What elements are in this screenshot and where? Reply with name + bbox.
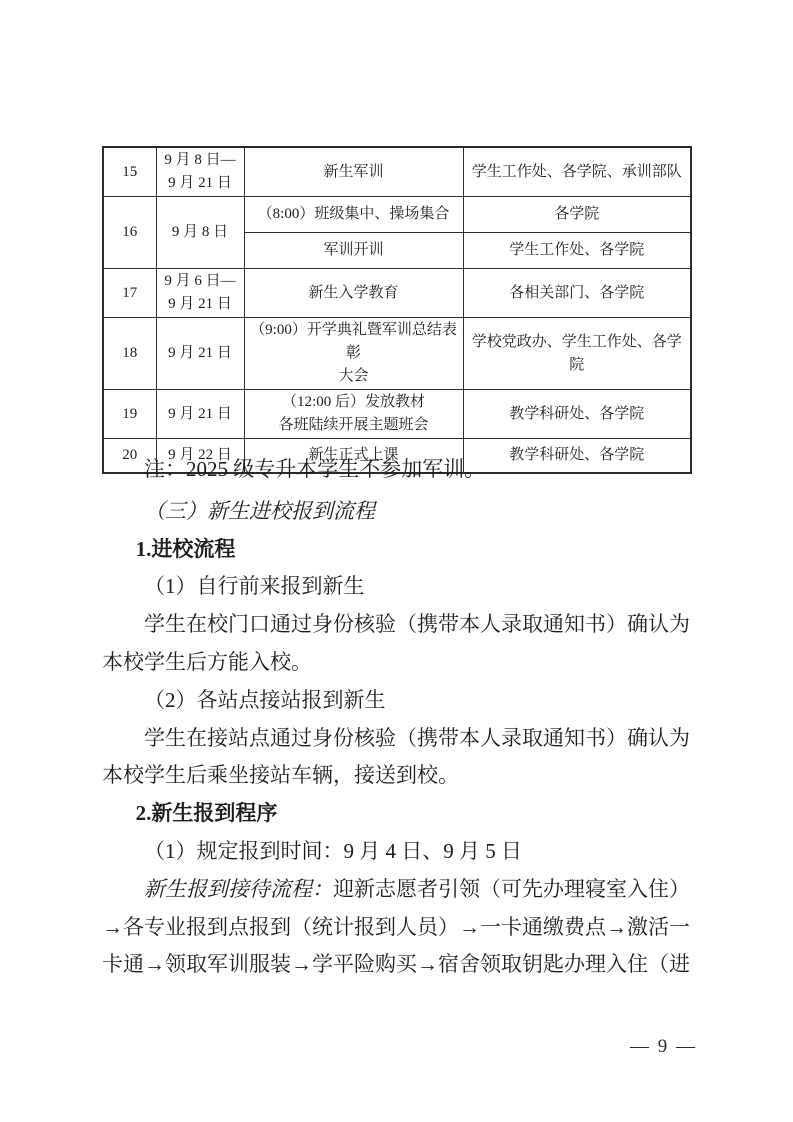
schedule-table: 15 9 月 8 日— 9 月 21 日 新生军训 学生工作处、各学院、承训部队… xyxy=(102,146,692,474)
item1-1-heading: （1）自行前来报到新生 xyxy=(102,568,690,606)
cell-date: 9 月 21 日 xyxy=(156,390,244,439)
cell-row-number: 17 xyxy=(103,269,156,318)
cell-row-number: 19 xyxy=(103,390,156,439)
table-row: 17 9 月 6 日— 9 月 21 日 新生入学教育 各相关部门、各学院 xyxy=(103,269,691,318)
cell-department: 学校党政办、学生工作处、各学院 xyxy=(463,318,691,390)
cell-date: 9 月 21 日 xyxy=(156,318,244,390)
flow-label: 新生报到接待流程： xyxy=(144,877,333,901)
cell-department: 教学科研处、各学院 xyxy=(463,390,691,439)
cell-date: 9 月 8 日 xyxy=(156,197,244,269)
subsection1-heading: 1.进校流程 xyxy=(102,531,690,569)
table-row: 18 9 月 21 日 （9:00）开学典礼暨军训总结表彰 大会 学校党政办、学… xyxy=(103,318,691,390)
cell-date: 9 月 6 日— 9 月 21 日 xyxy=(156,269,244,318)
item1-2-paragraph: 学生在接站点通过身份核验（携带本人录取通知书）确认为本校学生后乘坐接站车辆，接送… xyxy=(102,720,690,796)
cell-event: （9:00）开学典礼暨军训总结表彰 大会 xyxy=(244,318,463,390)
body-text: 注：2025 级专升本学生不参加军训。 （三）新生进校报到流程 1.进校流程 （… xyxy=(102,451,690,984)
item2-1-heading: （1）规定报到时间：9 月 4 日、9 月 5 日 xyxy=(102,833,690,871)
page-number: — 9 — xyxy=(630,1036,697,1058)
item1-2-heading: （2）各站点接站报到新生 xyxy=(102,682,690,720)
cell-department: 各学院 xyxy=(463,197,691,233)
cell-date: 9 月 8 日— 9 月 21 日 xyxy=(156,147,244,197)
cell-event: 新生入学教育 xyxy=(244,269,463,318)
cell-row-number: 16 xyxy=(103,197,156,269)
section3-heading: （三）新生进校报到流程 xyxy=(102,493,690,531)
table-row: 15 9 月 8 日— 9 月 21 日 新生军训 学生工作处、各学院、承训部队 xyxy=(103,147,691,197)
reception-flow-paragraph: 新生报到接待流程：迎新志愿者引领（可先办理寝室入住）→各专业报到点报到（统计报到… xyxy=(102,871,690,984)
cell-event: （8:00）班级集中、操场集合 xyxy=(244,197,463,233)
cell-department: 学生工作处、各学院 xyxy=(463,233,691,269)
item1-1-paragraph: 学生在校门口通过身份核验（携带本人录取通知书）确认为本校学生后方能入校。 xyxy=(102,606,690,682)
cell-department: 各相关部门、各学院 xyxy=(463,269,691,318)
note-paragraph: 注：2025 级专升本学生不参加军训。 xyxy=(102,451,690,489)
cell-row-number: 15 xyxy=(103,147,156,197)
cell-event: 军训开训 xyxy=(244,233,463,269)
table-row: 16 9 月 8 日 （8:00）班级集中、操场集合 各学院 xyxy=(103,197,691,233)
cell-event: （12:00 后）发放教材 各班陆续开展主题班会 xyxy=(244,390,463,439)
table-row: 19 9 月 21 日 （12:00 后）发放教材 各班陆续开展主题班会 教学科… xyxy=(103,390,691,439)
cell-row-number: 18 xyxy=(103,318,156,390)
cell-event: 新生军训 xyxy=(244,147,463,197)
cell-department: 学生工作处、各学院、承训部队 xyxy=(463,147,691,197)
subsection2-heading: 2.新生报到程序 xyxy=(102,795,690,833)
document-page: 15 9 月 8 日— 9 月 21 日 新生军训 学生工作处、各学院、承训部队… xyxy=(0,0,793,1122)
